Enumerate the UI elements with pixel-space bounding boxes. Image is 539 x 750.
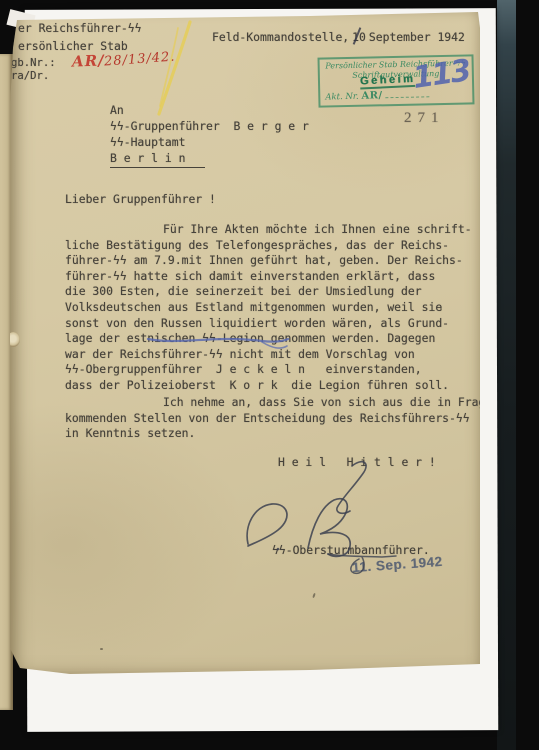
paper-speck	[100, 648, 103, 650]
paper-speck	[312, 593, 316, 598]
recipient-office: ϟϟ-Hauptamt	[110, 135, 185, 151]
body-line: in Kenntnis setzen.	[65, 426, 467, 442]
body-line-underlined-blue: lage der estnischen ϟϟ-Legion genommen w…	[65, 331, 467, 347]
yellow-crayon-mark-2	[160, 28, 178, 106]
recipient-name: ϟϟ-Gruppenführer B e r g e r	[110, 119, 309, 135]
yellow-crayon-mark	[159, 22, 190, 114]
body-line: die 300 Esten, die seinerzeit bei der Um…	[65, 284, 467, 300]
salutation: Lieber Gruppenführer !	[65, 192, 216, 208]
dateline-month-year: September 1942	[369, 30, 465, 44]
signature-initial-r	[247, 504, 287, 546]
typist-initials: ra/Dr.	[11, 69, 49, 85]
body-paragraph-2: Ich nehme an, dass Sie von sich aus die …	[65, 395, 467, 442]
body-line: dass der Polizeioberst K o r k die Legio…	[65, 378, 467, 394]
body-line: Für Ihre Akten möchte ich Ihnen eine sch…	[65, 222, 467, 238]
body-line: war der Reichsführer-ϟϟ nicht mit dem Vo…	[65, 347, 467, 363]
body-line: sonst von den Russen liquidiert worden w…	[65, 316, 467, 332]
registry-stamp: Persönlicher Stab Reichsführer-ϟϟ Schrif…	[317, 54, 474, 107]
body-line: kommenden Stellen von der Entscheidung d…	[65, 411, 467, 427]
closing-heil-hitler: H e i l H i t l e r !	[278, 455, 436, 471]
body-line: liche Bestätigung des Telefongespräches,…	[65, 238, 467, 254]
scanned-document-scene: er Reichsführer-ϟϟ ersönlicher Stab gb.N…	[0, 0, 539, 750]
body-line: Volksdeutschen aus Estland mitgenommen w…	[65, 300, 467, 316]
body-paragraph-1: Für Ihre Akten möchte ich Ihnen eine sch…	[65, 222, 467, 394]
letter-page: er Reichsführer-ϟϟ ersönlicher Stab gb.N…	[10, 8, 480, 676]
dateline: Feld-Kommandostelle,10September 1942	[212, 30, 465, 46]
dateline-place: Feld-Kommandostelle,	[212, 30, 349, 44]
book-right-edge	[497, 0, 516, 750]
recipient-an: An	[110, 103, 124, 119]
registry-stamp-file-line: Akt. Nr. AR/	[325, 88, 429, 102]
body-line: ϟϟ-Obergruppenführer J e c k e l n einve…	[65, 362, 467, 378]
registry-ar-code: AR/	[361, 90, 382, 101]
body-line: Ich nehme an, dass Sie von sich aus die …	[65, 395, 467, 411]
letterhead-org-line: er Reichsführer-ϟϟ	[18, 21, 141, 37]
red-ar-stamp: AR/	[72, 51, 105, 70]
handwritten-file-number: 113	[411, 53, 472, 96]
dateline-day-corrected: 10	[352, 30, 366, 46]
body-line: führer-ϟϟ am 7.9.mit Ihnen geführt hat, …	[65, 253, 467, 269]
registry-akt-nr-label: Akt. Nr.	[325, 92, 359, 103]
body-line: führer-ϟϟ hatte sich damit einverstanden…	[65, 269, 467, 285]
recipient-city-underlined: B e r l i n	[110, 151, 205, 168]
archive-page-number: 271	[404, 110, 445, 127]
paper-speck	[440, 308, 442, 310]
geheim-overstamp: Geheim	[360, 73, 416, 90]
